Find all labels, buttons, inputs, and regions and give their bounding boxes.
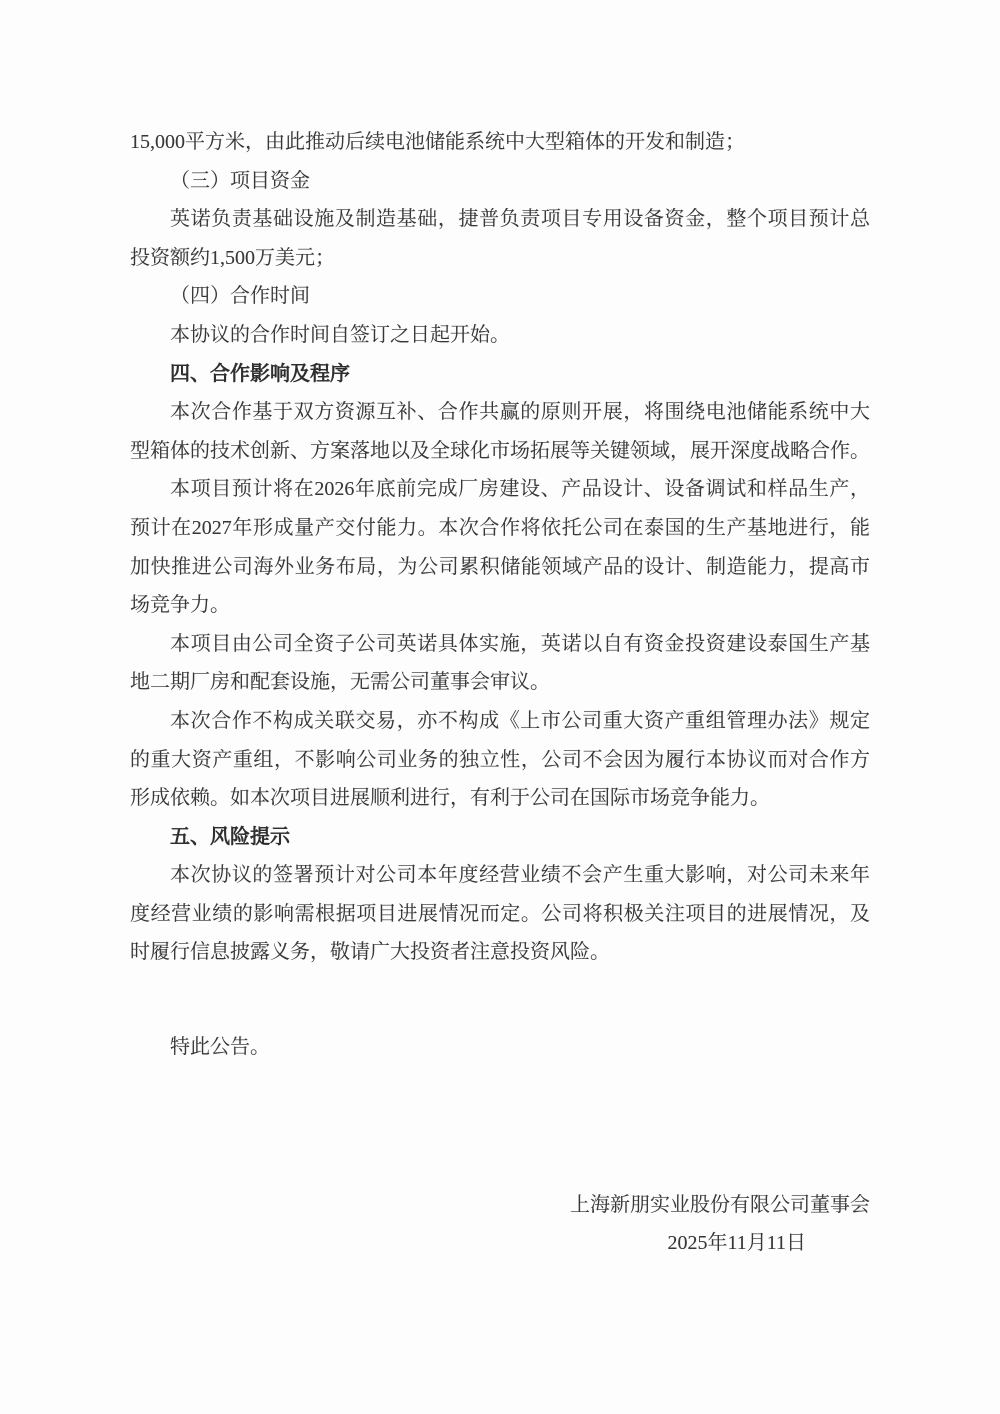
sub-heading-project-funding: （三）项目资金 [130, 162, 870, 201]
paragraph-impact-line-1: 本次合作基于双方资源互补、合作共赢的原则开展，将围绕电池储能系统中大 [130, 393, 870, 432]
closing-line: 特此公告。 [130, 1028, 870, 1067]
paragraph-funding-line-2: 投资额约1,500万美元； [130, 239, 870, 278]
paragraph-schedule-line-4: 场竞争力。 [130, 586, 870, 625]
document-page: 15,000平方米，由此推动后续电池储能系统中大型箱体的开发和制造； （三）项目… [0, 0, 1000, 1414]
paragraph-impact-line-2: 型箱体的技术创新、方案落地以及全球化市场拓展等关键领域，展开深度战略合作。 [130, 432, 870, 471]
paragraph-funding-line-1: 英诺负责基础设施及制造基础，捷普负责项目专用设备资金，整个项目预计总 [130, 200, 870, 239]
paragraph-no-related-transaction-line-2: 的重大资产重组，不影响公司业务的独立性，公司不会因为履行本协议而对合作方 [130, 741, 870, 780]
section-heading-impact-and-procedure: 四、合作影响及程序 [130, 355, 870, 394]
paragraph-schedule-line-3: 加快推进公司海外业务布局，为公司累积储能领域产品的设计、制造能力，提高市 [130, 548, 870, 587]
paragraph-implementation-line-1: 本项目由公司全资子公司英诺具体实施，英诺以自有资金投资建设泰国生产基 [130, 625, 870, 664]
paragraph-risk-line-2: 度经营业绩的影响需根据项目进展情况而定。公司将积极关注项目的进展情况，及 [130, 895, 870, 934]
section-heading-risk-warning: 五、风险提示 [130, 818, 870, 857]
paragraph-risk-line-3: 时履行信息披露义务，敬请广大投资者注意投资风险。 [130, 933, 870, 972]
paragraph-no-related-transaction-line-3: 形成依赖。如本次项目进展顺利进行，有利于公司在国际市场竞争能力。 [130, 779, 870, 818]
signature-company: 上海新朋实业股份有限公司董事会 [130, 1186, 870, 1225]
signature-date: 2025年11月11日 [130, 1224, 870, 1263]
paragraph-risk-line-1: 本次协议的签署预计对公司本年度经营业绩不会产生重大影响，对公司未来年 [130, 856, 870, 895]
document-body: 15,000平方米，由此推动后续电池储能系统中大型箱体的开发和制造； （三）项目… [130, 123, 870, 1263]
paragraph-schedule-line-1: 本项目预计将在2026年底前完成厂房建设、产品设计、设备调试和样品生产， [130, 470, 870, 509]
sub-heading-cooperation-time: （四）合作时间 [130, 277, 870, 316]
body-line-continuation: 15,000平方米，由此推动后续电池储能系统中大型箱体的开发和制造； [130, 123, 870, 162]
paragraph-no-related-transaction-line-1: 本次合作不构成关联交易，亦不构成《上市公司重大资产重组管理办法》规定 [130, 702, 870, 741]
paragraph-schedule-line-2: 预计在2027年形成量产交付能力。本次合作将依托公司在泰国的生产基地进行，能 [130, 509, 870, 548]
paragraph-implementation-line-2: 地二期厂房和配套设施，无需公司董事会审议。 [130, 663, 870, 702]
paragraph-cooperation-time: 本协议的合作时间自签订之日起开始。 [130, 316, 870, 355]
